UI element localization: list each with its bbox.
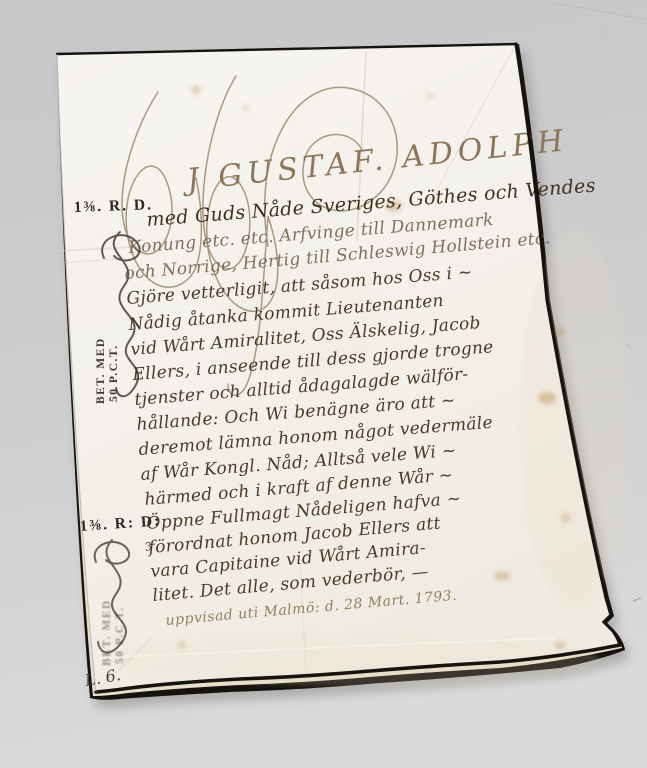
photograph-of-royal-letter: J GUSTAF. ADOLPH med Guds Nåde Sveriges,… (0, 0, 647, 768)
duty-paid-stamp-upper-line2: 50 P.C.T. (108, 344, 120, 402)
duty-paid-stamp-lower: BET. MED 50 P.C.T. (101, 599, 126, 666)
duty-paid-stamp-upper-line1: BET. MED (95, 337, 107, 404)
duty-paid-stamp-lower-line1: BET. MED (101, 599, 113, 666)
duty-paid-stamp-upper: BET. MED 50 P.C.T. (95, 337, 120, 404)
duty-paid-stamp-lower-line2: 50 P.C.T. (114, 606, 126, 664)
document-photo: J GUSTAF. ADOLPH med Guds Nåde Sveriges,… (0, 0, 647, 768)
revenue-stamp-upper: 1⅜. R. D. (74, 196, 154, 216)
